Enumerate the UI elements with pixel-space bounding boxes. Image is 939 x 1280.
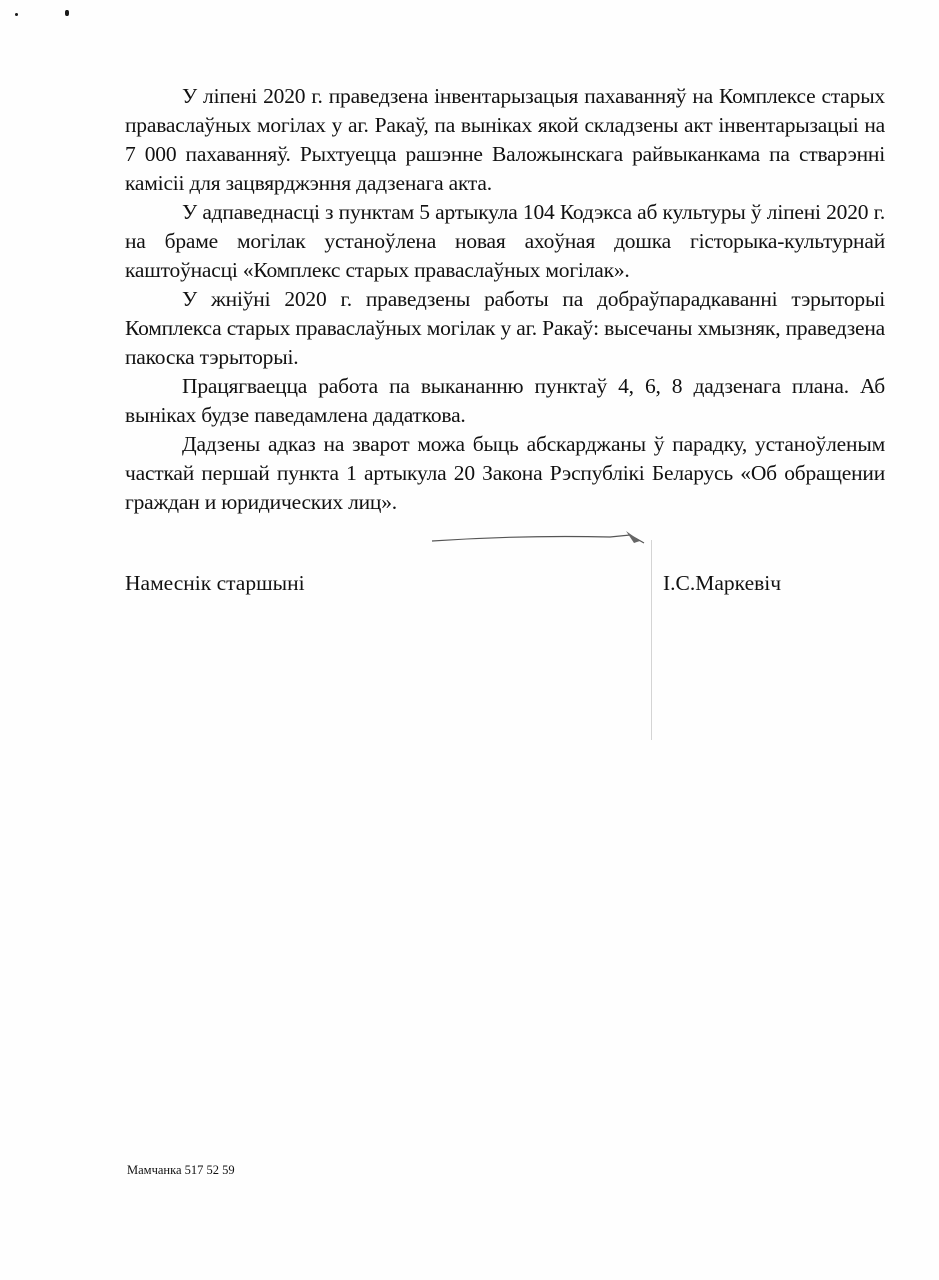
scanned-page: У ліпені 2020 г. праведзена інвентарызац…: [0, 0, 939, 1280]
scan-speck: [15, 13, 18, 16]
paragraph-landscaping: У жніўні 2020 г. праведзены работы па до…: [125, 285, 885, 372]
paragraph-appeal-notice: Дадзены адказ на зварот можа быць абскар…: [125, 430, 885, 517]
executor-contact: Мамчанка 517 52 59: [127, 1162, 235, 1178]
paragraph-inventory: У ліпені 2020 г. праведзена інвентарызац…: [125, 82, 885, 198]
signatory-title: Намеснік старшыні: [125, 569, 305, 598]
paragraph-ongoing-work: Працягваецца работа па выкананню пунктаў…: [125, 372, 885, 430]
signature-block: Намеснік старшыні І.С.Маркевіч: [125, 569, 885, 599]
signatory-name: І.С.Маркевіч: [663, 569, 781, 598]
document-body: У ліпені 2020 г. праведзена інвентарызац…: [125, 82, 885, 517]
paragraph-protective-plaque: У адпаведнасці з пунктам 5 артыкула 104 …: [125, 198, 885, 285]
scan-speck: [65, 10, 69, 16]
pen-stroke-mark: [430, 527, 650, 547]
